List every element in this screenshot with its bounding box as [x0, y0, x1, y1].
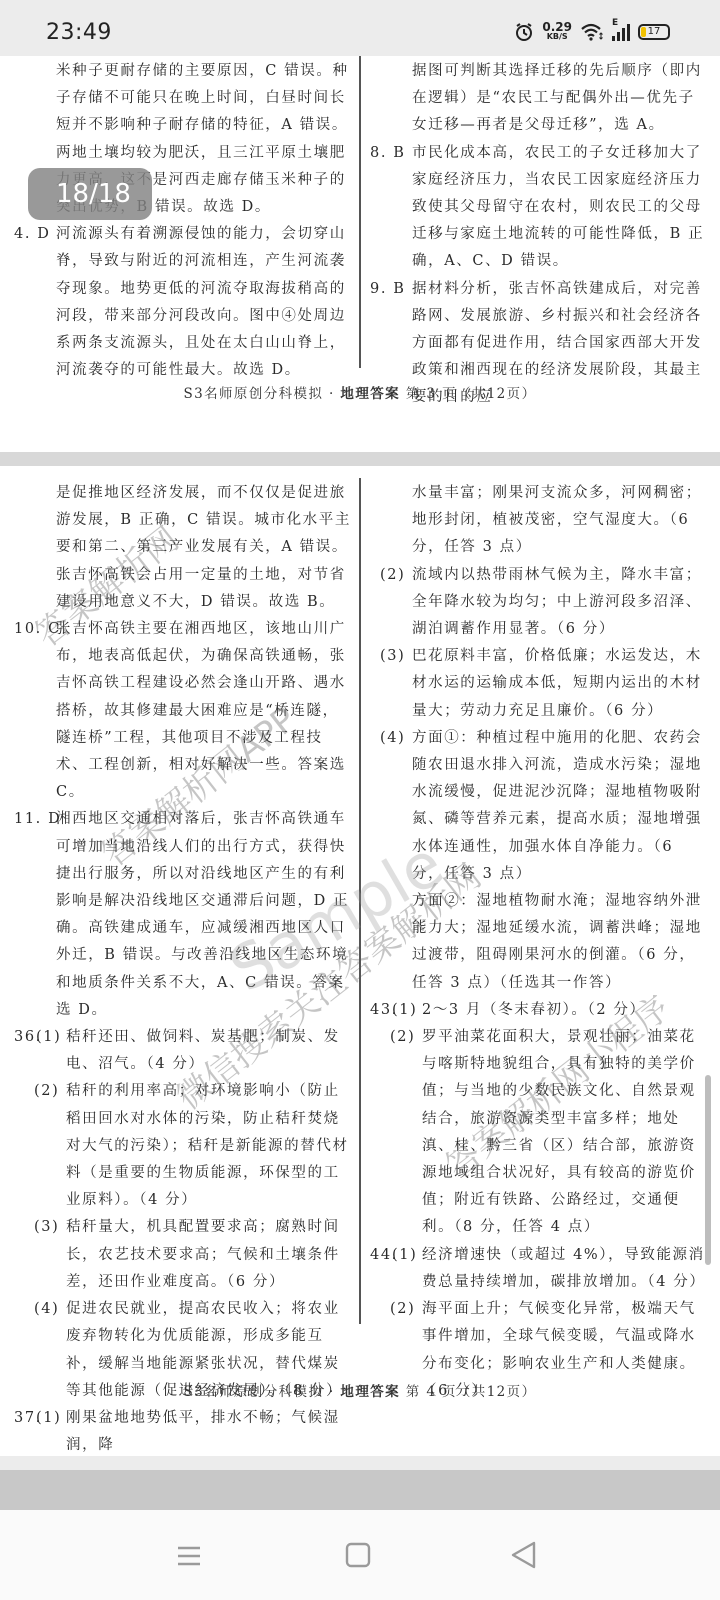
sub-answer: 方面②：湿地植物耐水淹；湿地容纳外泄能力大；湿地延缓水流，调蓄洪峰；湿地过渡带，…	[380, 888, 710, 997]
footer-subject: 地理答案	[340, 386, 400, 402]
answer-number: 36.	[14, 1024, 42, 1051]
sub-answer: (3)巴花原料丰富，价格低廉；水运发达，木材水运的运输成本低，短期内运出的木材量…	[380, 643, 710, 725]
page-footer: S3名师原创分科模拟 · 地理答案 第 3 页（共12页）	[0, 382, 720, 402]
page3-right-column: 据图可判断其选择迁移的先后顺序（即内在逻辑）是“农民工与配偶外出—优先子女迁移—…	[370, 58, 710, 412]
battery-level: 17	[648, 26, 661, 37]
sub-label: (2)	[380, 562, 412, 644]
sub-label: (3)	[380, 643, 412, 725]
wifi-icon	[580, 23, 604, 41]
page3-left-column: 米种子更耐存储的主要原因，C 错误。种子存储不可能只在晚上时间，白昼时间长短并不…	[14, 58, 354, 384]
answer-text: 市民化成本高，农民工的子女迁移加大了家庭经济压力，当农民工因家庭经济压力致使其父…	[370, 140, 710, 276]
sub-label: (3)	[24, 1214, 66, 1296]
answer-entry: 是促推地区经济发展，而不仅仅是促进旅游发展，B 正确，C 错误。城市化水平主要和…	[14, 480, 354, 616]
answer-entry-36: 36. (1)秸秆还田、做饲料、炭基肥；制炭、发电、沼气。（4 分） (2)秸秆…	[14, 1024, 354, 1405]
answer-text: 湘西地区交通相对落后，张吉怀高铁通车可增加当地沿线人们的出行方式，获得快捷出行服…	[14, 806, 354, 1024]
battery-icon: 17	[638, 24, 670, 40]
signal-icon: E	[612, 24, 630, 41]
sub-label	[380, 888, 412, 997]
sub-label: (2)	[380, 1024, 422, 1242]
network-speed-value: 0.29	[542, 22, 572, 32]
sub-text: 方面②：湿地植物耐水淹；湿地容纳外泄能力大；湿地延缓水流，调蓄洪峰；湿地过渡带，…	[412, 888, 710, 997]
back-icon[interactable]	[506, 1538, 542, 1574]
status-icons: 0.29 KB/S E 17	[514, 22, 670, 42]
answer-number: 9. B	[370, 276, 406, 303]
scrollbar[interactable]	[705, 1075, 711, 1265]
document-page-3: 米种子更耐存储的主要原因，C 错误。种子存储不可能只在晚上时间，白昼时间长短并不…	[0, 56, 720, 452]
sub-answer: (1)秸秆还田、做饲料、炭基肥；制炭、发电、沼气。（4 分）	[36, 1024, 354, 1078]
sub-answer: (1)经济增速快（或超过 4%），导致能源消费总量持续增加，碳排放增加。（4 分…	[392, 1242, 710, 1296]
sub-text: 罗平油菜花面积大，景观壮丽；油菜花与喀斯特地貌组合，具有独特的美学价值；与当地的…	[422, 1024, 710, 1242]
page-indicator: 18/18	[28, 168, 152, 220]
document-page-4: 是促推地区经济发展，而不仅仅是促进旅游发展，B 正确，C 错误。城市化水平主要和…	[0, 466, 720, 1456]
sub-label: (2)	[24, 1078, 66, 1214]
answer-entry-37: 37. (1)刚果盆地地势低平，排水不畅；气候湿润，降	[14, 1405, 354, 1459]
sub-answer: (1)刚果盆地地势低平，排水不畅；气候湿润，降	[36, 1405, 354, 1459]
menu-icon[interactable]	[170, 1538, 206, 1574]
page-separator	[0, 452, 720, 466]
sub-text: 2～3 月（冬末春初）。（2 分）	[422, 997, 646, 1024]
network-speed-unit: KB/S	[547, 32, 568, 42]
answer-number: 4. D	[14, 221, 50, 248]
answer-entry-37-cont: (2)流域内以热带雨林气候为主，降水丰富；全年降水较为均匀；中上游河段多沼泽、湖…	[370, 562, 710, 997]
answer-text: 据图可判断其选择迁移的先后顺序（即内在逻辑）是“农民工与配偶外出—优先子女迁移—…	[370, 58, 710, 140]
system-nav-bar	[0, 1510, 720, 1600]
answer-number: 44.	[370, 1242, 398, 1269]
status-bar: 23:49 0.29 KB/S E 17	[0, 0, 720, 56]
sub-answer: (1)2～3 月（冬末春初）。（2 分）	[392, 997, 710, 1024]
answer-text: 张吉怀高铁主要在湘西地区，该地山川广布，地表高低起伏，为确保高铁通畅，张吉怀高铁…	[14, 616, 354, 806]
sub-text: 流域内以热带雨林气候为主，降水丰富；全年降水较为均匀；中上游河段多沼泽、湖泊调蓄…	[412, 562, 710, 644]
page4-left-column: 是促推地区经济发展，而不仅仅是促进旅游发展，B 正确，C 错误。城市化水平主要和…	[14, 480, 354, 1459]
sub-answer: (2)罗平油菜花面积大，景观壮丽；油菜花与喀斯特地貌组合，具有独特的美学价值；与…	[380, 1024, 710, 1242]
sub-answer: (2)流域内以热带雨林气候为主，降水丰富；全年降水较为均匀；中上游河段多沼泽、湖…	[380, 562, 710, 644]
network-speed: 0.29 KB/S	[542, 22, 572, 42]
status-time: 23:49	[46, 20, 112, 45]
sub-text: 方面①：种植过程中施用的化肥、农药会随农田退水排入河流，造成水污染；湿地水流缓慢…	[412, 725, 710, 888]
answer-entry: 11. D 湘西地区交通相对落后，张吉怀高铁通车可增加当地沿线人们的出行方式，获…	[14, 806, 354, 1024]
footer-subject: 地理答案	[340, 1384, 400, 1400]
answer-entry-43: 43. (1)2～3 月（冬末春初）。（2 分） (2)罗平油菜花面积大，景观壮…	[370, 997, 710, 1242]
answer-number: 11. D	[14, 806, 61, 833]
sub-answer: (2)秸秆的利用率高；对环境影响小（防止稻田回水对水体的污染，防止秸秆焚烧对大气…	[24, 1078, 354, 1214]
answer-entry: 8. B 市民化成本高，农民工的子女迁移加大了家庭经济压力，当农民工因家庭经济压…	[370, 140, 710, 276]
answer-number: 43.	[370, 997, 398, 1024]
page4-right-column: 水量丰富；刚果河支流众多，河网稠密；地形封闭，植被茂密，空气湿度大。（6 分，任…	[370, 480, 710, 1405]
sub-text: 秸秆的利用率高；对环境影响小（防止稻田回水对水体的污染，防止秸秆焚烧对大气的污染…	[66, 1078, 354, 1214]
footer-series: S3名师原创分科模拟 ·	[184, 1384, 341, 1400]
home-icon[interactable]	[340, 1538, 376, 1574]
answer-entry: 据图可判断其选择迁移的先后顺序（即内在逻辑）是“农民工与配偶外出—优先子女迁移—…	[370, 58, 710, 140]
column-divider	[359, 478, 361, 1324]
sub-text: 经济增速快（或超过 4%），导致能源消费总量持续增加，碳排放增加。（4 分）	[422, 1242, 710, 1296]
sub-label: (4)	[380, 725, 412, 888]
answer-entry: 4. D 河流源头有着溯源侵蚀的能力，会切穿山脊，导致与附近的河流相连，产生河流…	[14, 221, 354, 384]
answer-entry: 10. C 张吉怀高铁主要在湘西地区，该地山川广布，地表高低起伏，为确保高铁通畅…	[14, 616, 354, 806]
sub-text: 秸秆量大，机具配置要求高；腐熟时间长，农艺技术要求高；气候和土壤条件差，还田作业…	[66, 1214, 354, 1296]
column-divider	[359, 56, 361, 368]
footer-page-number: 第 3 页（共12页）	[400, 386, 536, 402]
page-footer: S3名师原创分科模拟 · 地理答案 第 4 页（共12页）	[0, 1380, 720, 1400]
answer-text: 水量丰富；刚果河支流众多，河网稠密；地形封闭，植被茂密，空气湿度大。（6 分，任…	[370, 480, 710, 562]
sub-answer: (4)方面①：种植过程中施用的化肥、农药会随农田退水排入河流，造成水污染；湿地水…	[380, 725, 710, 888]
footer-series: S3名师原创分科模拟 ·	[184, 386, 341, 402]
answer-number: 8. B	[370, 140, 406, 167]
answer-number: 10. C	[14, 616, 61, 643]
network-type: E	[612, 18, 618, 28]
answer-text: 河流源头有着溯源侵蚀的能力，会切穿山脊，导致与附近的河流相连，产生河流袭夺现象。…	[14, 221, 354, 384]
bottom-gray-band	[0, 1470, 720, 1510]
footer-page-number: 第 4 页（共12页）	[400, 1384, 536, 1400]
alarm-icon	[514, 22, 534, 42]
sub-answer: (3)秸秆量大，机具配置要求高；腐熟时间长，农艺技术要求高；气候和土壤条件差，还…	[24, 1214, 354, 1296]
answer-entry: 水量丰富；刚果河支流众多，河网稠密；地形封闭，植被茂密，空气湿度大。（6 分，任…	[370, 480, 710, 562]
sub-text: 刚果盆地地势低平，排水不畅；气候湿润，降	[66, 1405, 354, 1459]
sub-text: 巴花原料丰富，价格低廉；水运发达，木材水运的运输成本低，短期内运出的木材量大；劳…	[412, 643, 710, 725]
sub-text: 秸秆还田、做饲料、炭基肥；制炭、发电、沼气。（4 分）	[66, 1024, 354, 1078]
answer-text: 是促推地区经济发展，而不仅仅是促进旅游发展，B 正确，C 错误。城市化水平主要和…	[14, 480, 354, 616]
answer-number: 37.	[14, 1405, 42, 1432]
